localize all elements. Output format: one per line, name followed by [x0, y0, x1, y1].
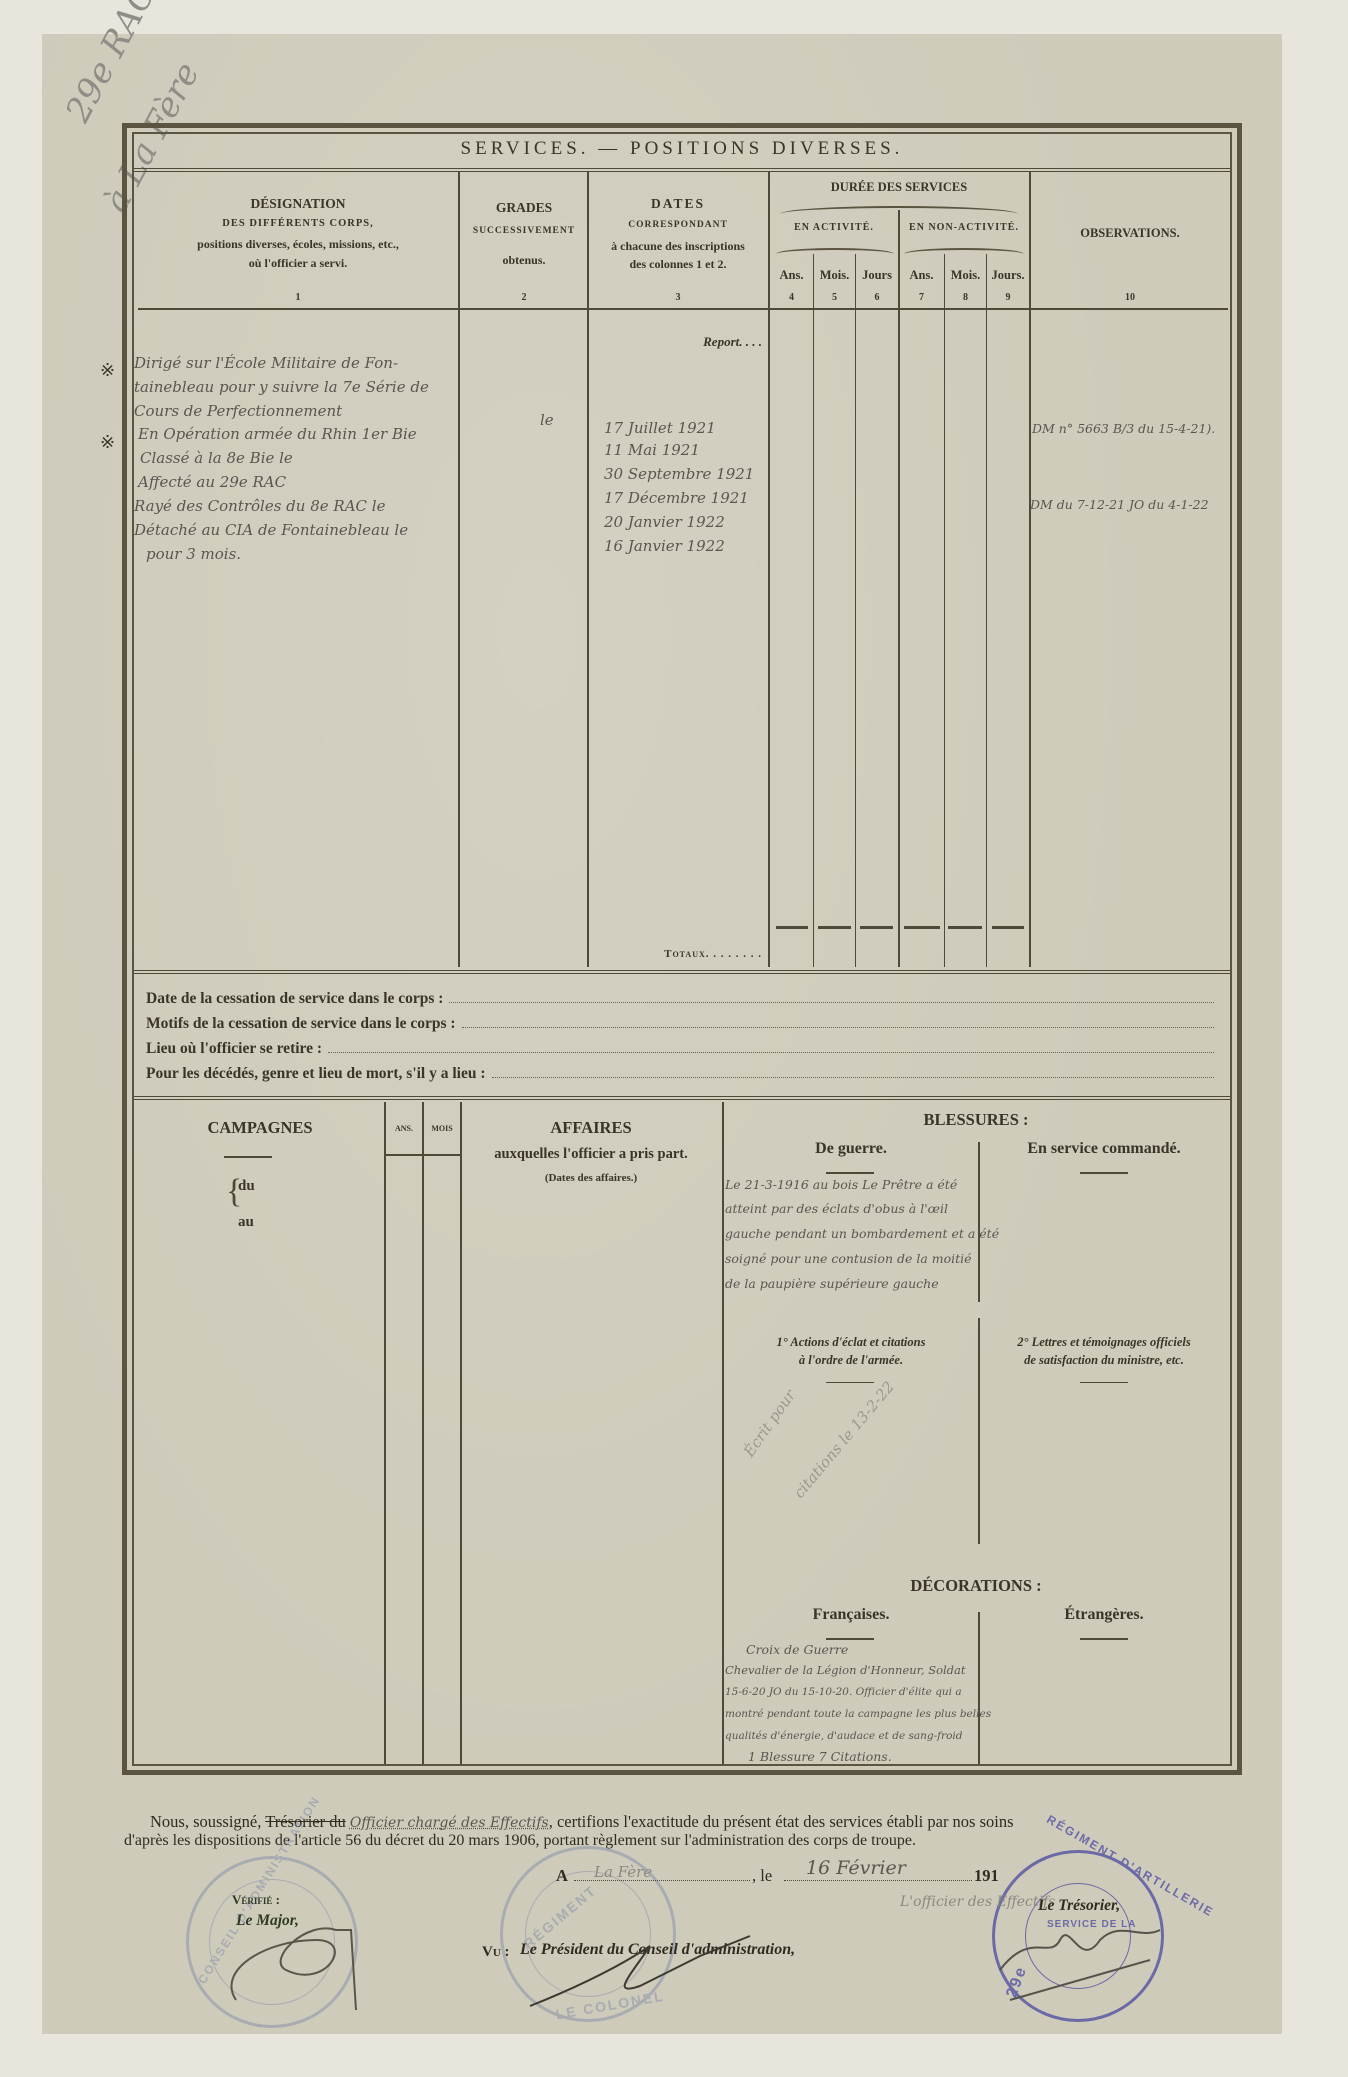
- total-dash: [818, 926, 851, 929]
- campagnes-underline: [224, 1156, 272, 1158]
- col1-header-sub2: positions diverses, écoles, missions, et…: [140, 236, 456, 252]
- report-label: Report. . . .: [600, 334, 762, 350]
- deces-label: Pour les décédés, genre et lieu de mort,…: [146, 1065, 486, 1083]
- services-title: SERVICES. — POSITIONS DIVERSES.: [134, 138, 1230, 160]
- date-entry: 17 Décembre 1921: [604, 488, 749, 509]
- col3-number: 3: [590, 292, 766, 303]
- lettres-line1: 2° Lettres et témoignages officiels: [980, 1333, 1228, 1351]
- col10-number: 10: [1032, 292, 1228, 303]
- actions-eclat-line1: 1° Actions d'éclat et citations: [726, 1333, 976, 1351]
- blessures-guerre-label: De guerre.: [724, 1140, 978, 1158]
- col1-header-title: DÉSIGNATION: [140, 196, 456, 212]
- designation-line: Dirigé sur l'École Militaire de Fon-: [134, 353, 398, 374]
- col-divider-2-3: [587, 172, 589, 967]
- campagnes-ans-divider: [384, 1102, 386, 1764]
- francaises-underline: [826, 1638, 874, 1640]
- affaires-title: AFFAIRES: [462, 1118, 720, 1138]
- subcol-ans-non-activite: Ans.: [899, 268, 944, 283]
- date-entry: 16 Janvier 1922: [604, 536, 725, 557]
- affaires-note: (Dates des affaires.): [462, 1172, 720, 1184]
- subcol-jours-non-activite: Jours.: [987, 268, 1029, 283]
- col3-header-sub2: à chacune des inscriptions: [590, 238, 766, 254]
- cessation-motifs-blank: [462, 1016, 1214, 1028]
- blessure-guerre-line: soigné pour une contusion de la moitié: [725, 1250, 972, 1268]
- decorations-split: [978, 1612, 980, 1764]
- total-dash: [992, 926, 1024, 929]
- total-dash: [904, 926, 940, 929]
- blessure-guerre-line: atteint par des éclats d'obus à l'œil: [725, 1200, 948, 1218]
- lettres-underline: [1080, 1382, 1128, 1383]
- col3-header-sub1: CORRESPONDANT: [590, 220, 766, 230]
- totaux-label: Totaux. . . . . . . .: [590, 948, 762, 960]
- blessure-guerre-line: gauche pendant un bombardement et a été: [725, 1225, 999, 1243]
- lettres-temoignages-title: 2° Lettres et témoignages officiels de s…: [980, 1333, 1228, 1369]
- date-entry: 17 Juillet 1921: [604, 418, 716, 439]
- subcol-mois-non-activite: Mois.: [945, 268, 986, 283]
- campagnes-ans-label: ANS.: [386, 1124, 422, 1133]
- cessation-motifs-field: Motifs de la cessation de service dans l…: [146, 1015, 1214, 1033]
- services-bottom-divider: [134, 970, 1230, 974]
- place-label: A: [556, 1866, 568, 1886]
- decoration-line: Croix de Guerre: [746, 1641, 848, 1659]
- total-dash: [860, 926, 893, 929]
- subcol-mois-activite: Mois.: [814, 268, 855, 283]
- cessation-bottom-divider: [134, 1096, 1230, 1100]
- col1-number: 1: [140, 292, 456, 303]
- retraite-lieu-blank: [328, 1041, 1214, 1053]
- blessures-title: BLESSURES :: [724, 1110, 1228, 1130]
- date-entry: 20 Janvier 1922: [604, 512, 725, 533]
- col-divider-5-6: [855, 254, 856, 967]
- blessures-service-label: En service commandé.: [980, 1140, 1228, 1158]
- col7-number: 7: [899, 292, 944, 303]
- blessure-guerre-line: de la paupière supérieure gauche: [725, 1275, 939, 1293]
- actions-eclat-line2: à l'ordre de l'armée.: [726, 1351, 976, 1369]
- en-activite-label: EN ACTIVITÉ.: [770, 222, 898, 233]
- col-divider-6-7: [898, 210, 900, 967]
- designation-line: En Opération armée du Rhin 1er Bie: [138, 424, 417, 445]
- col8-number: 8: [945, 292, 986, 303]
- actions-eclat-title: 1° Actions d'éclat et citations à l'ordr…: [726, 1333, 976, 1369]
- col2-header-sub2: obtenus.: [462, 252, 586, 268]
- certification-line-2: d'après les dispositions de l'article 56…: [124, 1832, 916, 1850]
- margin-mark-2: ※: [100, 432, 115, 453]
- col4-number: 4: [770, 292, 813, 303]
- activite-brace: [776, 248, 894, 254]
- actions-underline: [826, 1382, 874, 1383]
- decoration-line: 1 Blessure 7 Citations.: [748, 1748, 892, 1766]
- col9-number: 9: [987, 292, 1029, 303]
- col6-number: 6: [856, 292, 898, 303]
- cessation-motifs-label: Motifs de la cessation de service dans l…: [146, 1015, 456, 1033]
- affaires-subtitle: auxquelles l'officier a pris part.: [462, 1146, 720, 1163]
- campagnes-mois-label: MOIS: [424, 1124, 460, 1133]
- campagnes-du-label: du: [238, 1178, 255, 1195]
- decoration-line: Chevalier de la Légion d'Honneur, Soldat: [725, 1662, 966, 1679]
- cessation-date-field: Date de la cessation de service dans le …: [146, 990, 1214, 1008]
- retraite-lieu-field: Lieu où l'officier se retire :: [146, 1040, 1214, 1058]
- date-le-label: , le: [752, 1866, 772, 1886]
- col1-header-sub3: où l'officier a servi.: [140, 255, 456, 271]
- col10-header-title: OBSERVATIONS.: [1032, 226, 1228, 241]
- guerre-underline: [826, 1172, 874, 1174]
- col-divider-9-10: [1029, 172, 1031, 967]
- affaires-blessures-divider: [722, 1102, 724, 1764]
- blessure-guerre-line: Le 21-3-1916 au bois Le Prêtre a été: [725, 1176, 957, 1194]
- col-divider-8-9: [986, 254, 987, 967]
- cert-prefix: Nous, soussigné,: [150, 1812, 261, 1831]
- grade-entry: le: [540, 410, 554, 431]
- year-prefix: 191: [974, 1866, 999, 1886]
- major-signature: [206, 1900, 406, 2020]
- designation-line: pour 3 mois.: [146, 544, 241, 565]
- title-divider: [134, 168, 1230, 172]
- president-signature: [520, 1926, 760, 2016]
- non-activite-brace: [904, 248, 1024, 254]
- cessation-date-blank: [449, 991, 1214, 1003]
- decoration-line: montré pendant toute la campagne les plu…: [725, 1706, 991, 1723]
- campagnes-au-label: au: [238, 1214, 254, 1231]
- observation-entry: DM du 7-12-21 JO du 4-1-22: [1030, 496, 1209, 514]
- col2-header-title: GRADES: [462, 200, 586, 216]
- deces-field: Pour les décédés, genre et lieu de mort,…: [146, 1065, 1214, 1083]
- col3-header-title: DATES: [590, 196, 766, 212]
- col3-header-sub3: des colonnes 1 et 2.: [590, 256, 766, 272]
- ans-mois-divider: [422, 1102, 424, 1764]
- col5-number: 5: [814, 292, 855, 303]
- date-handwritten: 16 Février: [806, 1858, 906, 1879]
- tresorier-signature: [990, 1900, 1190, 2010]
- vu-label: Vu :: [482, 1944, 510, 1961]
- decorations-francaises-label: Françaises.: [724, 1606, 978, 1624]
- mois-affaires-divider: [460, 1102, 462, 1764]
- observation-entry: DM n° 5663 B/3 du 15-4-21).: [1032, 420, 1215, 438]
- subcol-jours-activite: Jours: [856, 268, 898, 283]
- col1-header-sub1: DES DIFFÉRENTS CORPS,: [140, 218, 456, 229]
- campagnes-title: CAMPAGNES: [140, 1118, 380, 1138]
- decoration-line: qualités d'énergie, d'audace et de sang-…: [725, 1728, 962, 1745]
- designation-line: Affecté au 29e RAC: [138, 472, 286, 493]
- designation-line: tainebleau pour y suivre la 7e Série de: [134, 377, 429, 398]
- ans-mois-underline: [386, 1154, 460, 1156]
- blessures-split: [978, 1142, 980, 1302]
- col2-number: 2: [462, 292, 586, 303]
- service-underline: [1080, 1172, 1128, 1174]
- decorations-etrangeres-label: Étrangères.: [980, 1606, 1228, 1624]
- cert-handwritten-role: Officier chargé des Effectifs: [350, 1815, 549, 1831]
- header-bottom-divider: [138, 308, 1228, 310]
- date-entry: 30 Septembre 1921: [604, 464, 754, 485]
- designation-line: Détaché au CIA de Fontainebleau le: [134, 520, 408, 541]
- certification-line-1: Nous, soussigné, Trésorier du Officier c…: [150, 1812, 1014, 1834]
- total-dash: [776, 926, 808, 929]
- decorations-title: DÉCORATIONS :: [724, 1576, 1228, 1596]
- lettres-line2: de satisfaction du ministre, etc.: [980, 1351, 1228, 1369]
- etrangeres-underline: [1080, 1638, 1128, 1640]
- decoration-line: 15-6-20 JO du 15-10-20. Officier d'élite…: [725, 1684, 962, 1701]
- en-non-activite-label: EN NON-ACTIVITÉ.: [900, 222, 1028, 233]
- margin-mark-1: ※: [100, 360, 115, 381]
- col-divider-7-8: [944, 254, 945, 967]
- total-dash: [948, 926, 982, 929]
- col2-header-sub1: SUCCESSIVEMENT: [462, 226, 586, 236]
- place-handwritten: La Fère: [594, 1862, 652, 1883]
- designation-line: Rayé des Contrôles du 8e RAC le: [134, 496, 385, 517]
- designation-line: Classé à la 8e Bie le: [140, 448, 293, 469]
- cessation-date-label: Date de la cessation de service dans le …: [146, 990, 443, 1008]
- col-divider-1-2: [458, 172, 460, 967]
- date-blank: [784, 1880, 972, 1881]
- deces-blank: [492, 1066, 1214, 1078]
- col-divider-4-5: [813, 254, 814, 967]
- cert-line1-rest: , certifions l'exactitude du présent éta…: [549, 1812, 1014, 1831]
- subcol-ans-activite: Ans.: [770, 268, 813, 283]
- designation-line: Cours de Perfectionnement: [134, 401, 342, 422]
- duree-header-title: DURÉE DES SERVICES: [770, 180, 1028, 195]
- retraite-lieu-label: Lieu où l'officier se retire :: [146, 1040, 322, 1058]
- date-entry: 11 Mai 1921: [604, 440, 700, 461]
